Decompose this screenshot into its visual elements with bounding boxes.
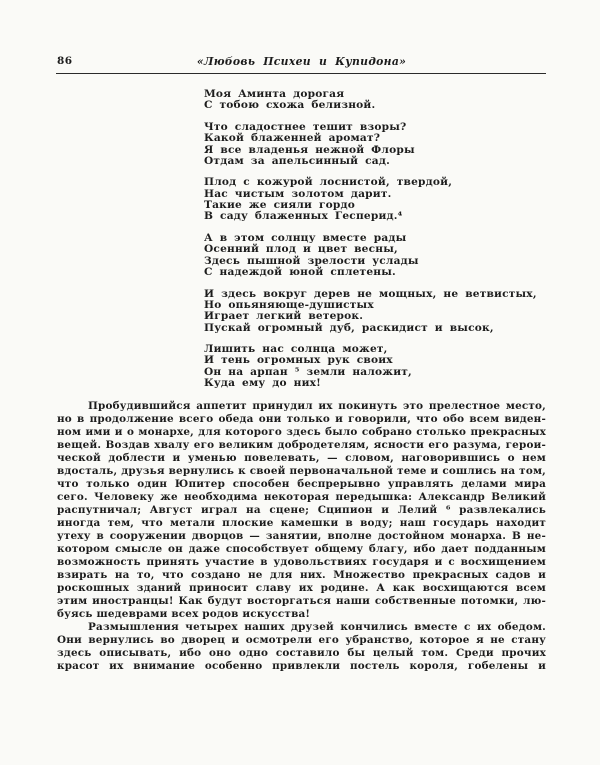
prose-line: Они вернулись во дворец и осмотрели его … (57, 634, 546, 647)
poem-stanza: И здесь вокруг дерев не мощных, не ветви… (204, 289, 537, 334)
prose-line: котором смысле он даже способствует обще… (57, 543, 546, 556)
prose-line: сего. Человеку же необходима некоторая п… (57, 491, 546, 504)
prose-line: Пробудившийся аппетит принудил их покину… (57, 400, 546, 413)
poem-line: С тобою схожа белизной. (204, 100, 537, 111)
prose-paragraph: Размышления четырех наших друзей кончили… (57, 621, 546, 673)
prose-line: что только один Юпитер способен беспреры… (57, 478, 546, 491)
running-title: «Любовь Психеи и Купидона» (57, 55, 546, 68)
prose-line: этим иностранцы! Как будут восторгаться … (57, 595, 546, 608)
poem-line: Отдам за апельсинный сад. (204, 156, 537, 167)
prose-line: но в продолжение всего обеда они только … (57, 413, 546, 426)
prose-line: ном ими и о монархе, для которого здесь … (57, 426, 546, 439)
prose-line: утеху в сооружении дворцов — занятии, вп… (57, 530, 546, 543)
poem-stanza: Моя Аминта дорогаяС тобою схожа белизной… (204, 89, 537, 112)
poem-line: Осенний плод и цвет весны, (204, 244, 537, 255)
prose-line: Размышления четырех наших друзей кончили… (57, 621, 546, 634)
prose-line: красот их внимание особенно привлекли по… (57, 660, 546, 673)
poem-stanza: Что сладостнее тешит взоры?Какой блаженн… (204, 122, 537, 167)
prose-line: ческой доблести и уменью повелевать, — с… (57, 452, 546, 465)
poem-line: Пускай огромный дуб, раскидист и высок, (204, 323, 537, 334)
poem-line: С надеждой юной сплетены. (204, 267, 537, 278)
poem-line: Куда ему до них! (204, 378, 537, 389)
prose-line: роскошных зданий приносит славу их родин… (57, 582, 546, 595)
poem-line: Какой блаженней аромат? (204, 133, 537, 144)
prose-line: буясь шедеврами всех родов искусства! (57, 608, 546, 621)
poem-block: Моя Аминта дорогаяС тобою схожа белизной… (204, 89, 537, 400)
prose-block: Пробудившийся аппетит принудил их покину… (57, 400, 546, 673)
header-rule (56, 73, 546, 75)
prose-line: здесь описывать, ибо оно одно составило … (57, 647, 546, 660)
poem-stanza: Лишить нас солнца может,И тень огромных … (204, 344, 537, 389)
prose-line: вдосталь, друзья вернулись к своей перво… (57, 465, 546, 478)
prose-line: возможность принять участие в удовольств… (57, 556, 546, 569)
book-page: 86 «Любовь Психеи и Купидона» Моя Аминта… (0, 0, 600, 765)
poem-stanza: А в этом солнцу вместе радыОсенний плод … (204, 233, 537, 278)
prose-line: иногда тем, что метали плоские камешки в… (57, 517, 546, 530)
poem-line: В саду блаженных Гесперид.⁴ (204, 211, 537, 222)
prose-paragraph: Пробудившийся аппетит принудил их покину… (57, 400, 546, 621)
prose-line: вещей. Воздав хвалу его великим добродет… (57, 439, 546, 452)
poem-line: Играет легкий ветерок. (204, 311, 537, 322)
poem-stanza: Плод с кожурой лоснистой, твердой,Нас чи… (204, 177, 537, 222)
prose-line: распутничал; Август играл на сцене; Сцип… (57, 504, 546, 517)
running-head: 86 «Любовь Психеи и Купидона» (57, 55, 546, 69)
prose-line: взирать на то, что создано не для них. М… (57, 569, 546, 582)
